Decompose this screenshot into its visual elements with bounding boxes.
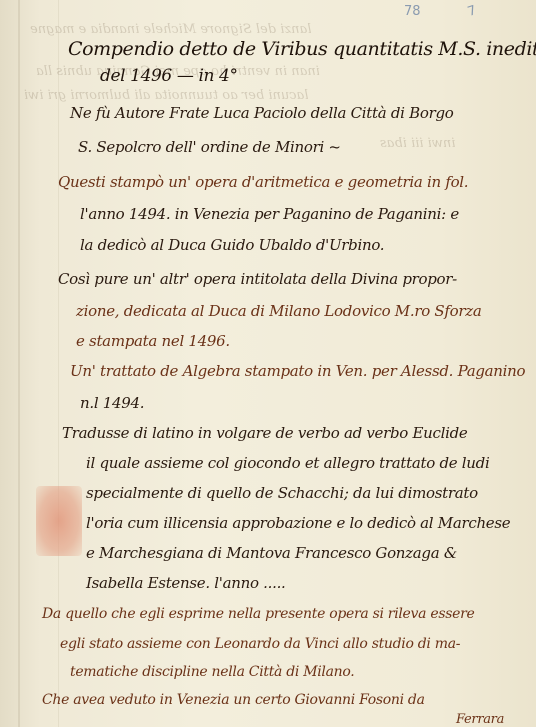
text-line: specialmente di quello de Schacchi; da l… bbox=[86, 484, 478, 502]
bleed-through-text: lanzi del Signore Michele inandia e magn… bbox=[30, 22, 311, 37]
text-line: Ne fù Autore Frate Luca Paciolo della Ci… bbox=[70, 104, 453, 122]
text-line: Un' trattato de Algebra stampato in Ven.… bbox=[70, 362, 525, 380]
text-line: S. Sepolcro dell' ordine de Minori ~ bbox=[78, 138, 341, 156]
red-stain-mark bbox=[36, 486, 82, 556]
pencil-mark: 7 bbox=[466, 3, 479, 20]
text-line: la dedicò al Duca Guido Ubaldo d'Urbino. bbox=[80, 236, 384, 254]
text-line: n.l 1494. bbox=[80, 394, 144, 412]
text-line: l'anno 1494. in Venezia per Paganino de … bbox=[80, 205, 459, 223]
text-line: Questi stampò un' opera d'aritmetica e g… bbox=[58, 173, 468, 191]
text-line: Tradusse di latino in volgare de verbo a… bbox=[62, 424, 468, 442]
text-line: zione, dedicata al Duca di Milano Lodovi… bbox=[76, 302, 481, 320]
heading-line-1: Compendio detto de Viribus quantitatis M… bbox=[68, 38, 536, 60]
text-line: Isabella Estense. l'anno ..... bbox=[86, 574, 286, 592]
paper-fold-line bbox=[18, 0, 20, 727]
heading-line-2: del 1496 — in 4° bbox=[100, 66, 238, 86]
text-line: Da quello che egli esprime nella present… bbox=[42, 606, 474, 622]
text-line: e stampata nel 1496. bbox=[76, 332, 230, 350]
text-line: Così pure un' altr' opera intitolata del… bbox=[58, 270, 457, 288]
bleed-through-text: lacuni ber ao tuunnoita ali bulmorni gri… bbox=[24, 88, 308, 103]
text-line: l'oria cum illicensia approbazione e lo … bbox=[86, 514, 510, 532]
bleed-through-text: inwi iii ibas bbox=[380, 136, 455, 151]
text-line: tematiche discipline nella Città di Mila… bbox=[70, 664, 354, 680]
manuscript-page: lanzi del Signore Michele inandia e magn… bbox=[0, 0, 536, 727]
text-line: egli stato assieme con Leonardo da Vinci… bbox=[60, 636, 460, 652]
text-line: Ferrara bbox=[456, 712, 504, 727]
text-line: Che avea veduto in Venezia un certo Giov… bbox=[42, 692, 425, 708]
pencil-folio-number: 78 bbox=[404, 4, 421, 19]
text-line: il quale assieme col giocondo et allegro… bbox=[86, 454, 489, 472]
text-line: e Marchesgiana di Mantova Francesco Gonz… bbox=[86, 544, 457, 562]
